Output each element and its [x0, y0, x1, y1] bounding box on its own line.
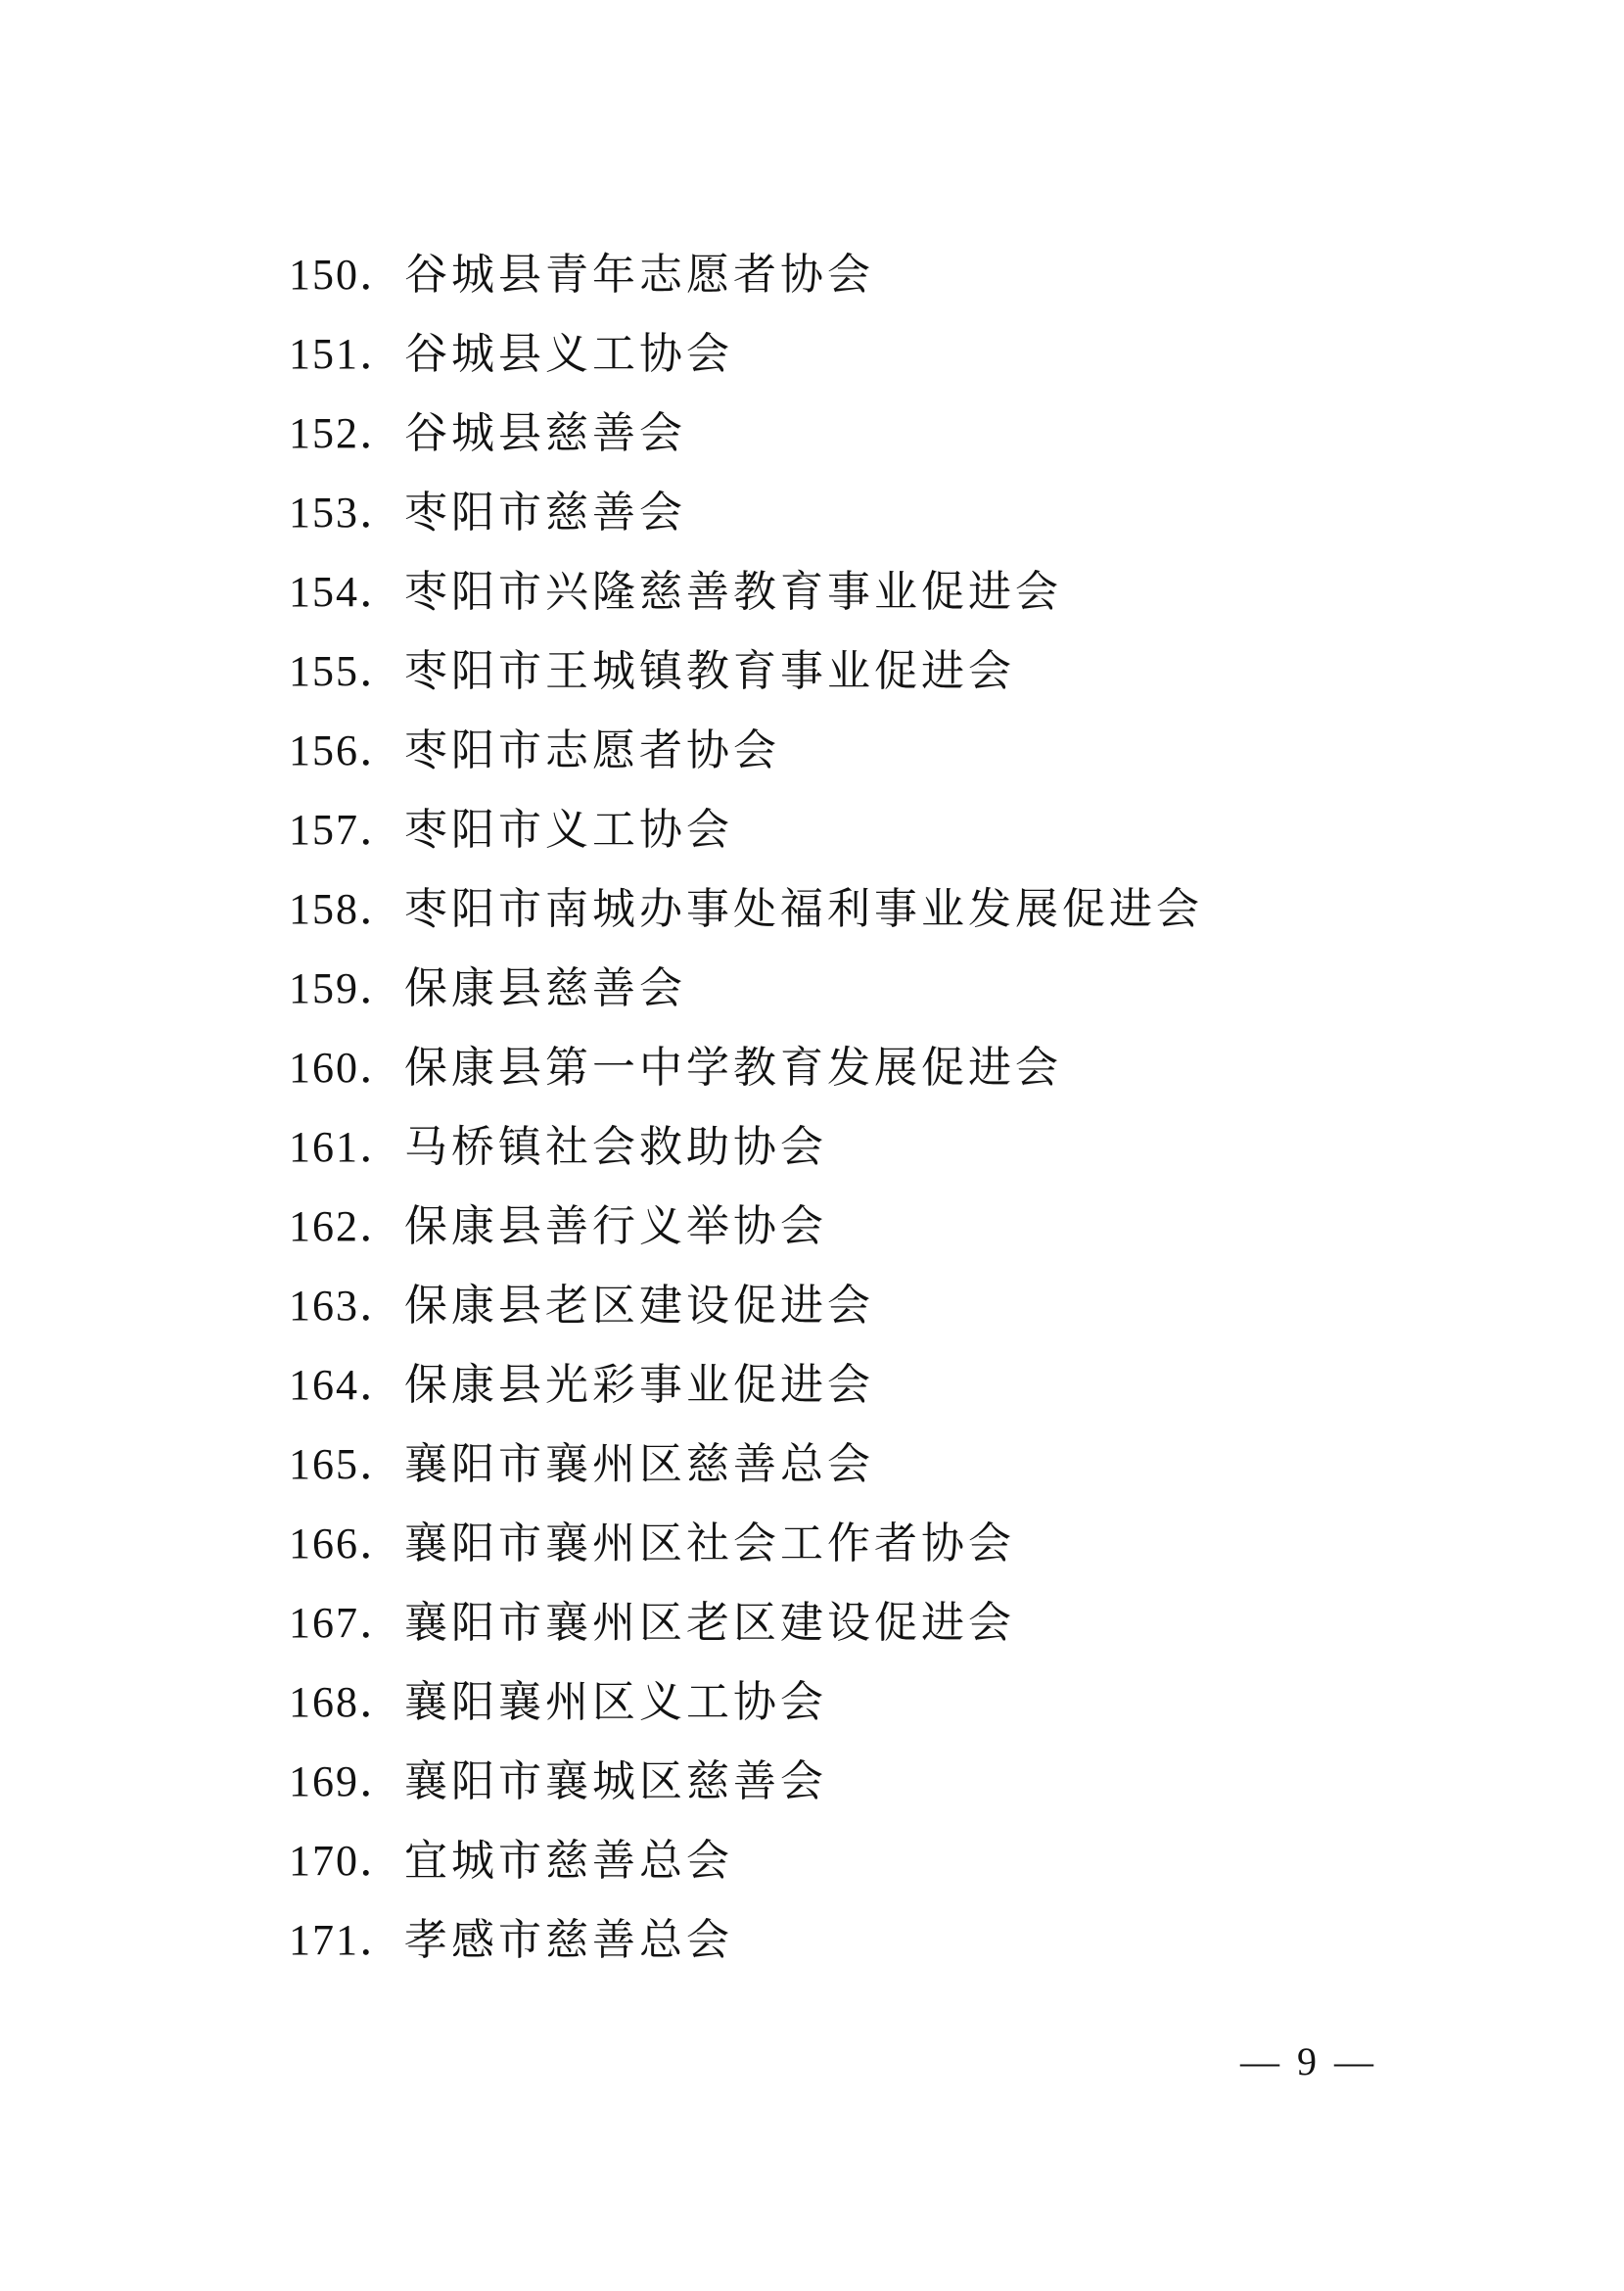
list-item-name: 保康县善行义举协会 [404, 1187, 827, 1266]
list-item-name: 襄阳市襄州区慈善总会 [404, 1425, 874, 1504]
list-item: 167．襄阳市襄州区老区建设促进会 [289, 1583, 1203, 1662]
list-item-name: 枣阳市兴隆慈善教育事业促进会 [404, 552, 1062, 631]
list-item: 170．宜城市慈善总会 [289, 1821, 1203, 1900]
list-item: 171．孝感市慈善总会 [289, 1900, 1203, 1980]
list-item-number: 155． [289, 631, 404, 711]
list-item: 152．谷城县慈善会 [289, 394, 1203, 473]
list-item: 168．襄阳襄州区义工协会 [289, 1662, 1203, 1742]
list-item-name: 枣阳市志愿者协会 [404, 711, 780, 790]
list-item: 155．枣阳市王城镇教育事业促进会 [289, 631, 1203, 711]
list-item-number: 163． [289, 1266, 404, 1345]
list-item-name: 枣阳市南城办事处福利事业发展促进会 [404, 869, 1203, 949]
list-item-number: 170． [289, 1821, 404, 1900]
list-item-name: 宜城市慈善总会 [404, 1821, 733, 1900]
list-item-name: 枣阳市慈善会 [404, 473, 686, 552]
list-item: 154．枣阳市兴隆慈善教育事业促进会 [289, 552, 1203, 631]
list-item-number: 158． [289, 869, 404, 949]
list-item-number: 156． [289, 711, 404, 790]
list-item-number: 157． [289, 790, 404, 869]
list-item-number: 171． [289, 1900, 404, 1980]
list-item: 150．谷城县青年志愿者协会 [289, 235, 1203, 314]
list-item-number: 169． [289, 1742, 404, 1821]
list-item: 153．枣阳市慈善会 [289, 473, 1203, 552]
list-item-name: 枣阳市王城镇教育事业促进会 [404, 631, 1015, 711]
list-item: 165．襄阳市襄州区慈善总会 [289, 1425, 1203, 1504]
list-item: 157．枣阳市义工协会 [289, 790, 1203, 869]
list-item-name: 襄阳市襄州区老区建设促进会 [404, 1583, 1015, 1662]
list-item-number: 154． [289, 552, 404, 631]
list-item: 160．保康县第一中学教育发展促进会 [289, 1028, 1203, 1107]
list-item-name: 谷城县青年志愿者协会 [404, 235, 874, 314]
list-item-name: 保康县老区建设促进会 [404, 1266, 874, 1345]
list-item-name: 襄阳襄州区义工协会 [404, 1662, 827, 1742]
list-item-number: 165． [289, 1425, 404, 1504]
list-item-name: 保康县光彩事业促进会 [404, 1345, 874, 1425]
list-item-name: 保康县慈善会 [404, 949, 686, 1028]
list-item-name: 枣阳市义工协会 [404, 790, 733, 869]
list-item: 169．襄阳市襄城区慈善会 [289, 1742, 1203, 1821]
list-item: 159．保康县慈善会 [289, 949, 1203, 1028]
list-item: 164．保康县光彩事业促进会 [289, 1345, 1203, 1425]
list-item: 151．谷城县义工协会 [289, 314, 1203, 394]
list-item-number: 160． [289, 1028, 404, 1107]
document-page: 150．谷城县青年志愿者协会151．谷城县义工协会152．谷城县慈善会153．枣… [0, 0, 1624, 2291]
list-item-number: 166． [289, 1504, 404, 1583]
list-item-number: 151． [289, 314, 404, 394]
list-item: 162．保康县善行义举协会 [289, 1187, 1203, 1266]
list-item: 166．襄阳市襄州区社会工作者协会 [289, 1504, 1203, 1583]
list-item: 156．枣阳市志愿者协会 [289, 711, 1203, 790]
list-item-number: 162． [289, 1187, 404, 1266]
list-item-name: 谷城县义工协会 [404, 314, 733, 394]
list-item-number: 159． [289, 949, 404, 1028]
list-item-number: 150． [289, 235, 404, 314]
list-item-name: 襄阳市襄城区慈善会 [404, 1742, 827, 1821]
list-item-number: 161． [289, 1107, 404, 1187]
list-item-name: 马桥镇社会救助协会 [404, 1107, 827, 1187]
organization-list: 150．谷城县青年志愿者协会151．谷城县义工协会152．谷城县慈善会153．枣… [289, 235, 1203, 1980]
page-number: — 9 — [1240, 2038, 1377, 2084]
list-item-name: 襄阳市襄州区社会工作者协会 [404, 1504, 1015, 1583]
list-item-number: 167． [289, 1583, 404, 1662]
list-item-name: 保康县第一中学教育发展促进会 [404, 1028, 1062, 1107]
list-item-number: 153． [289, 473, 404, 552]
list-item: 158．枣阳市南城办事处福利事业发展促进会 [289, 869, 1203, 949]
list-item-name: 孝感市慈善总会 [404, 1900, 733, 1980]
list-item: 163．保康县老区建设促进会 [289, 1266, 1203, 1345]
list-item: 161．马桥镇社会救助协会 [289, 1107, 1203, 1187]
list-item-number: 152． [289, 394, 404, 473]
list-item-name: 谷城县慈善会 [404, 394, 686, 473]
list-item-number: 168． [289, 1662, 404, 1742]
list-item-number: 164． [289, 1345, 404, 1425]
